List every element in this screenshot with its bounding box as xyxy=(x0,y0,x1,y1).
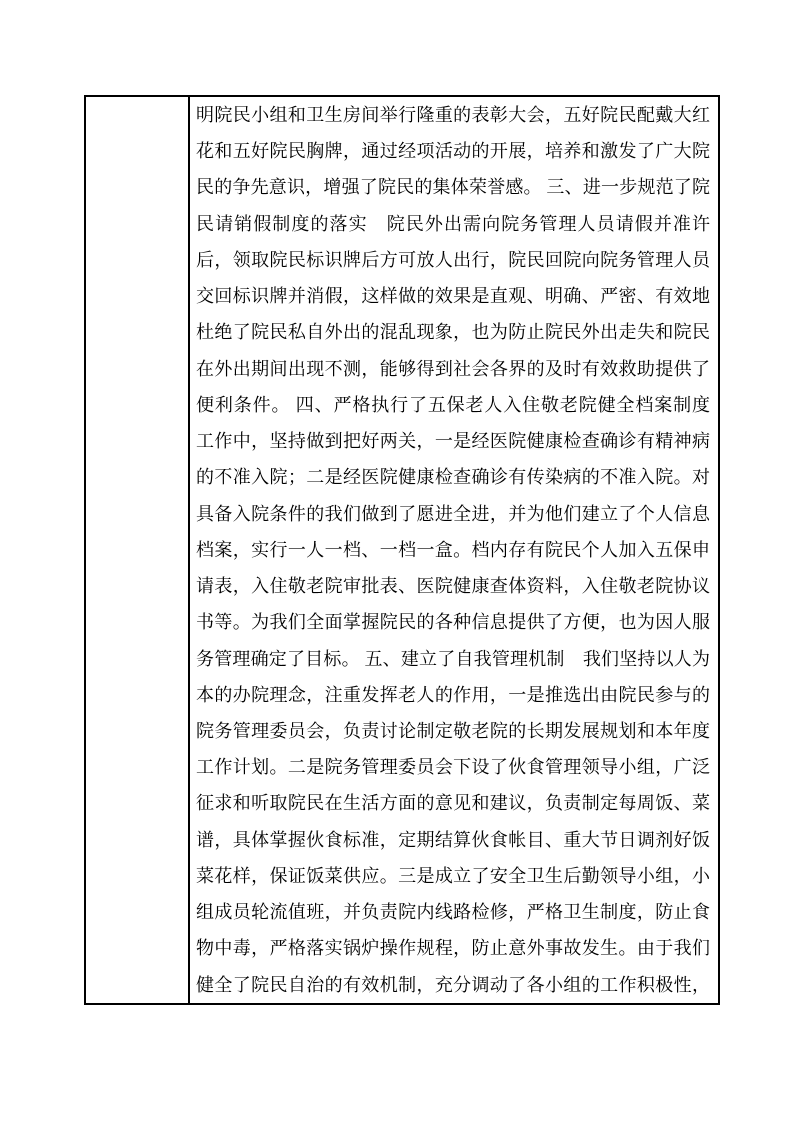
text-line: 工作中，坚持做到把好两关，一是经医院健康检查确诊有精神病 xyxy=(196,423,710,459)
text-line: 请表，入住敬老院审批表、医院健康查体资料，入住敬老院协议 xyxy=(196,568,710,604)
text-line: 后，领取院民标识牌后方可放人出行，院民回院向院务管理人员 xyxy=(196,242,710,278)
text-line: 健全了院民自治的有效机制，充分调动了各小组的工作积极性， xyxy=(196,967,710,1003)
text-line: 民的争先意识，增强了院民的集体荣誉感。 三、进一步规范了院 xyxy=(196,169,710,205)
text-line: 交回标识牌并消假，这样做的效果是直观、明确、严密、有效地 xyxy=(196,278,710,314)
text-line: 的不准入院；二是经医院健康检查确诊有传染病的不准入院。对 xyxy=(196,459,710,495)
table-left-cell xyxy=(86,97,190,1003)
text-line: 民请销假制度的落实 院民外出需向院务管理人员请假并准许 xyxy=(196,206,710,242)
text-line: 档案，实行一人一档、一档一盒。档内存有院民个人加入五保申 xyxy=(196,532,710,568)
text-line: 物中毒，严格落实锅炉操作规程，防止意外事故发生。由于我们 xyxy=(196,930,710,966)
text-line: 谱，具体掌握伙食标准，定期结算伙食帐目、重大节日调剂好饭 xyxy=(196,822,710,858)
text-line: 杜绝了院民私自外出的混乱现象，也为防止院民外出走失和院民 xyxy=(196,314,710,350)
text-line: 院务管理委员会，负责讨论制定敬老院的长期发展规划和本年度 xyxy=(196,713,710,749)
text-line: 工作计划。二是院务管理委员会下设了伙食管理领导小组，广泛 xyxy=(196,749,710,785)
text-line: 便利条件。 四、严格执行了五保老人入住敬老院健全档案制度 xyxy=(196,387,710,423)
text-line: 花和五好院民胸牌，通过经项活动的开展，培养和激发了广大院 xyxy=(196,133,710,169)
text-line: 明院民小组和卫生房间举行隆重的表彰大会，五好院民配戴大红 xyxy=(196,97,710,133)
text-line: 征求和听取院民在生活方面的意见和建议，负责制定每周饭、菜 xyxy=(196,785,710,821)
text-line: 本的办院理念，注重发挥老人的作用，一是推选出由院民参与的 xyxy=(196,677,710,713)
table-text-cell: 明院民小组和卫生房间举行隆重的表彰大会，五好院民配戴大红花和五好院民胸牌，通过经… xyxy=(190,97,718,1003)
text-line: 务管理确定了目标。 五、建立了自我管理机制 我们坚持以人为 xyxy=(196,641,710,677)
text-line: 组成员轮流值班，并负责院内线路检修，严格卫生制度，防止食 xyxy=(196,894,710,930)
text-line: 在外出期间出现不测，能够得到社会各界的及时有效救助提供了 xyxy=(196,351,710,387)
text-line: 菜花样，保证饭菜供应。三是成立了安全卫生后勤领导小组，小 xyxy=(196,858,710,894)
document-table: 明院民小组和卫生房间举行隆重的表彰大会，五好院民配戴大红花和五好院民胸牌，通过经… xyxy=(84,95,720,1005)
text-line: 书等。为我们全面掌握院民的各种信息提供了方便，也为因人服 xyxy=(196,604,710,640)
document-page: 明院民小组和卫生房间举行隆重的表彰大会，五好院民配戴大红花和五好院民胸牌，通过经… xyxy=(0,0,794,1122)
text-line: 具备入院条件的我们做到了愿进全进，并为他们建立了个人信息 xyxy=(196,496,710,532)
